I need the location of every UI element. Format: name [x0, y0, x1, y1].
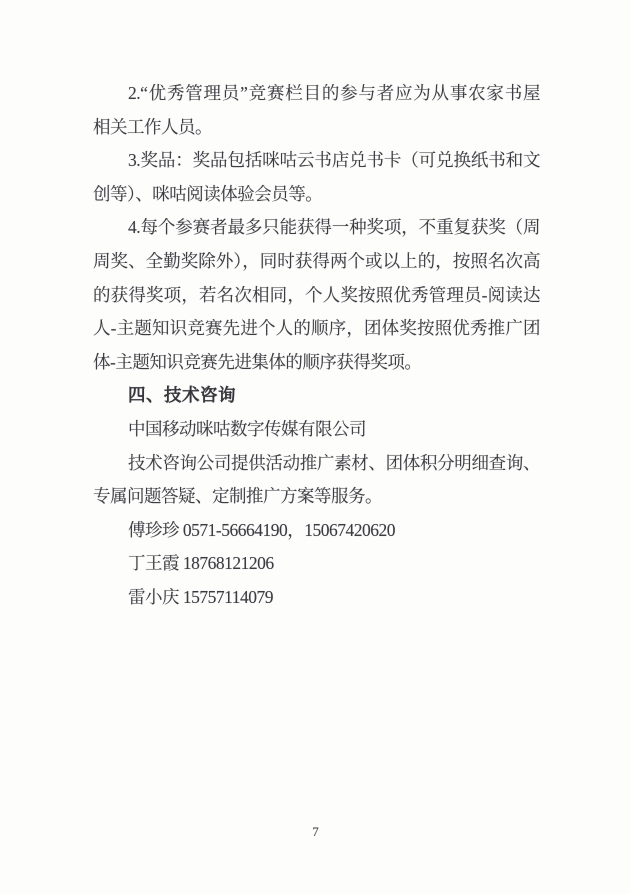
- paragraph-line-rule4-5: 体-主题知识竞赛先进集体的顺序获得奖项。: [93, 346, 540, 380]
- paragraph-line-rule4-3: 的获得奖项，若名次相同，个人奖按照优秀管理员-阅读达: [93, 279, 540, 313]
- paragraph-line-rule2-1: 2.“优秀管理员”竞赛栏目的参与者应为从事农家书屋: [93, 77, 540, 111]
- page-number: 7: [0, 824, 631, 840]
- paragraph-line-services-1: 技术咨询公司提供活动推广素材、团体积分明细查询、: [93, 447, 540, 481]
- paragraph-line-rule2-2: 相关工作人员。: [93, 111, 540, 145]
- document-page: 2.“优秀管理员”竞赛栏目的参与者应为从事农家书屋 相关工作人员。 3.奖品：奖…: [0, 0, 631, 894]
- contact-line-fu-zhenzhen: 傅珍珍 0571-56664190，15067420620: [93, 514, 540, 548]
- paragraph-line-rule4-2: 周奖、全勤奖除外），同时获得两个或以上的，按照名次高: [93, 245, 540, 279]
- document-body: 2.“优秀管理员”竞赛栏目的参与者应为从事农家书屋 相关工作人员。 3.奖品：奖…: [93, 77, 540, 615]
- paragraph-line-rule3-1: 3.奖品：奖品包括咪咕云书店兑书卡（可兑换纸书和文: [93, 144, 540, 178]
- paragraph-line-services-2: 专属问题答疑、定制推广方案等服务。: [93, 480, 540, 514]
- paragraph-line-rule3-2: 创等）、咪咕阅读体验会员等。: [93, 178, 540, 212]
- section-heading-technical-consulting: 四、技术咨询: [93, 379, 540, 413]
- paragraph-line-rule4-1: 4.每个参赛者最多只能获得一种奖项，不重复获奖（周: [93, 211, 540, 245]
- contact-line-ding-wangxia: 丁王霞 18768121206: [93, 547, 540, 581]
- paragraph-line-rule4-4: 人-主题知识竞赛先进个人的顺序，团体奖按照优秀推广团: [93, 312, 540, 346]
- contact-line-lei-xiaoqing: 雷小庆 15757114079: [93, 581, 540, 615]
- company-name-line: 中国移动咪咕数字传媒有限公司: [93, 413, 540, 447]
